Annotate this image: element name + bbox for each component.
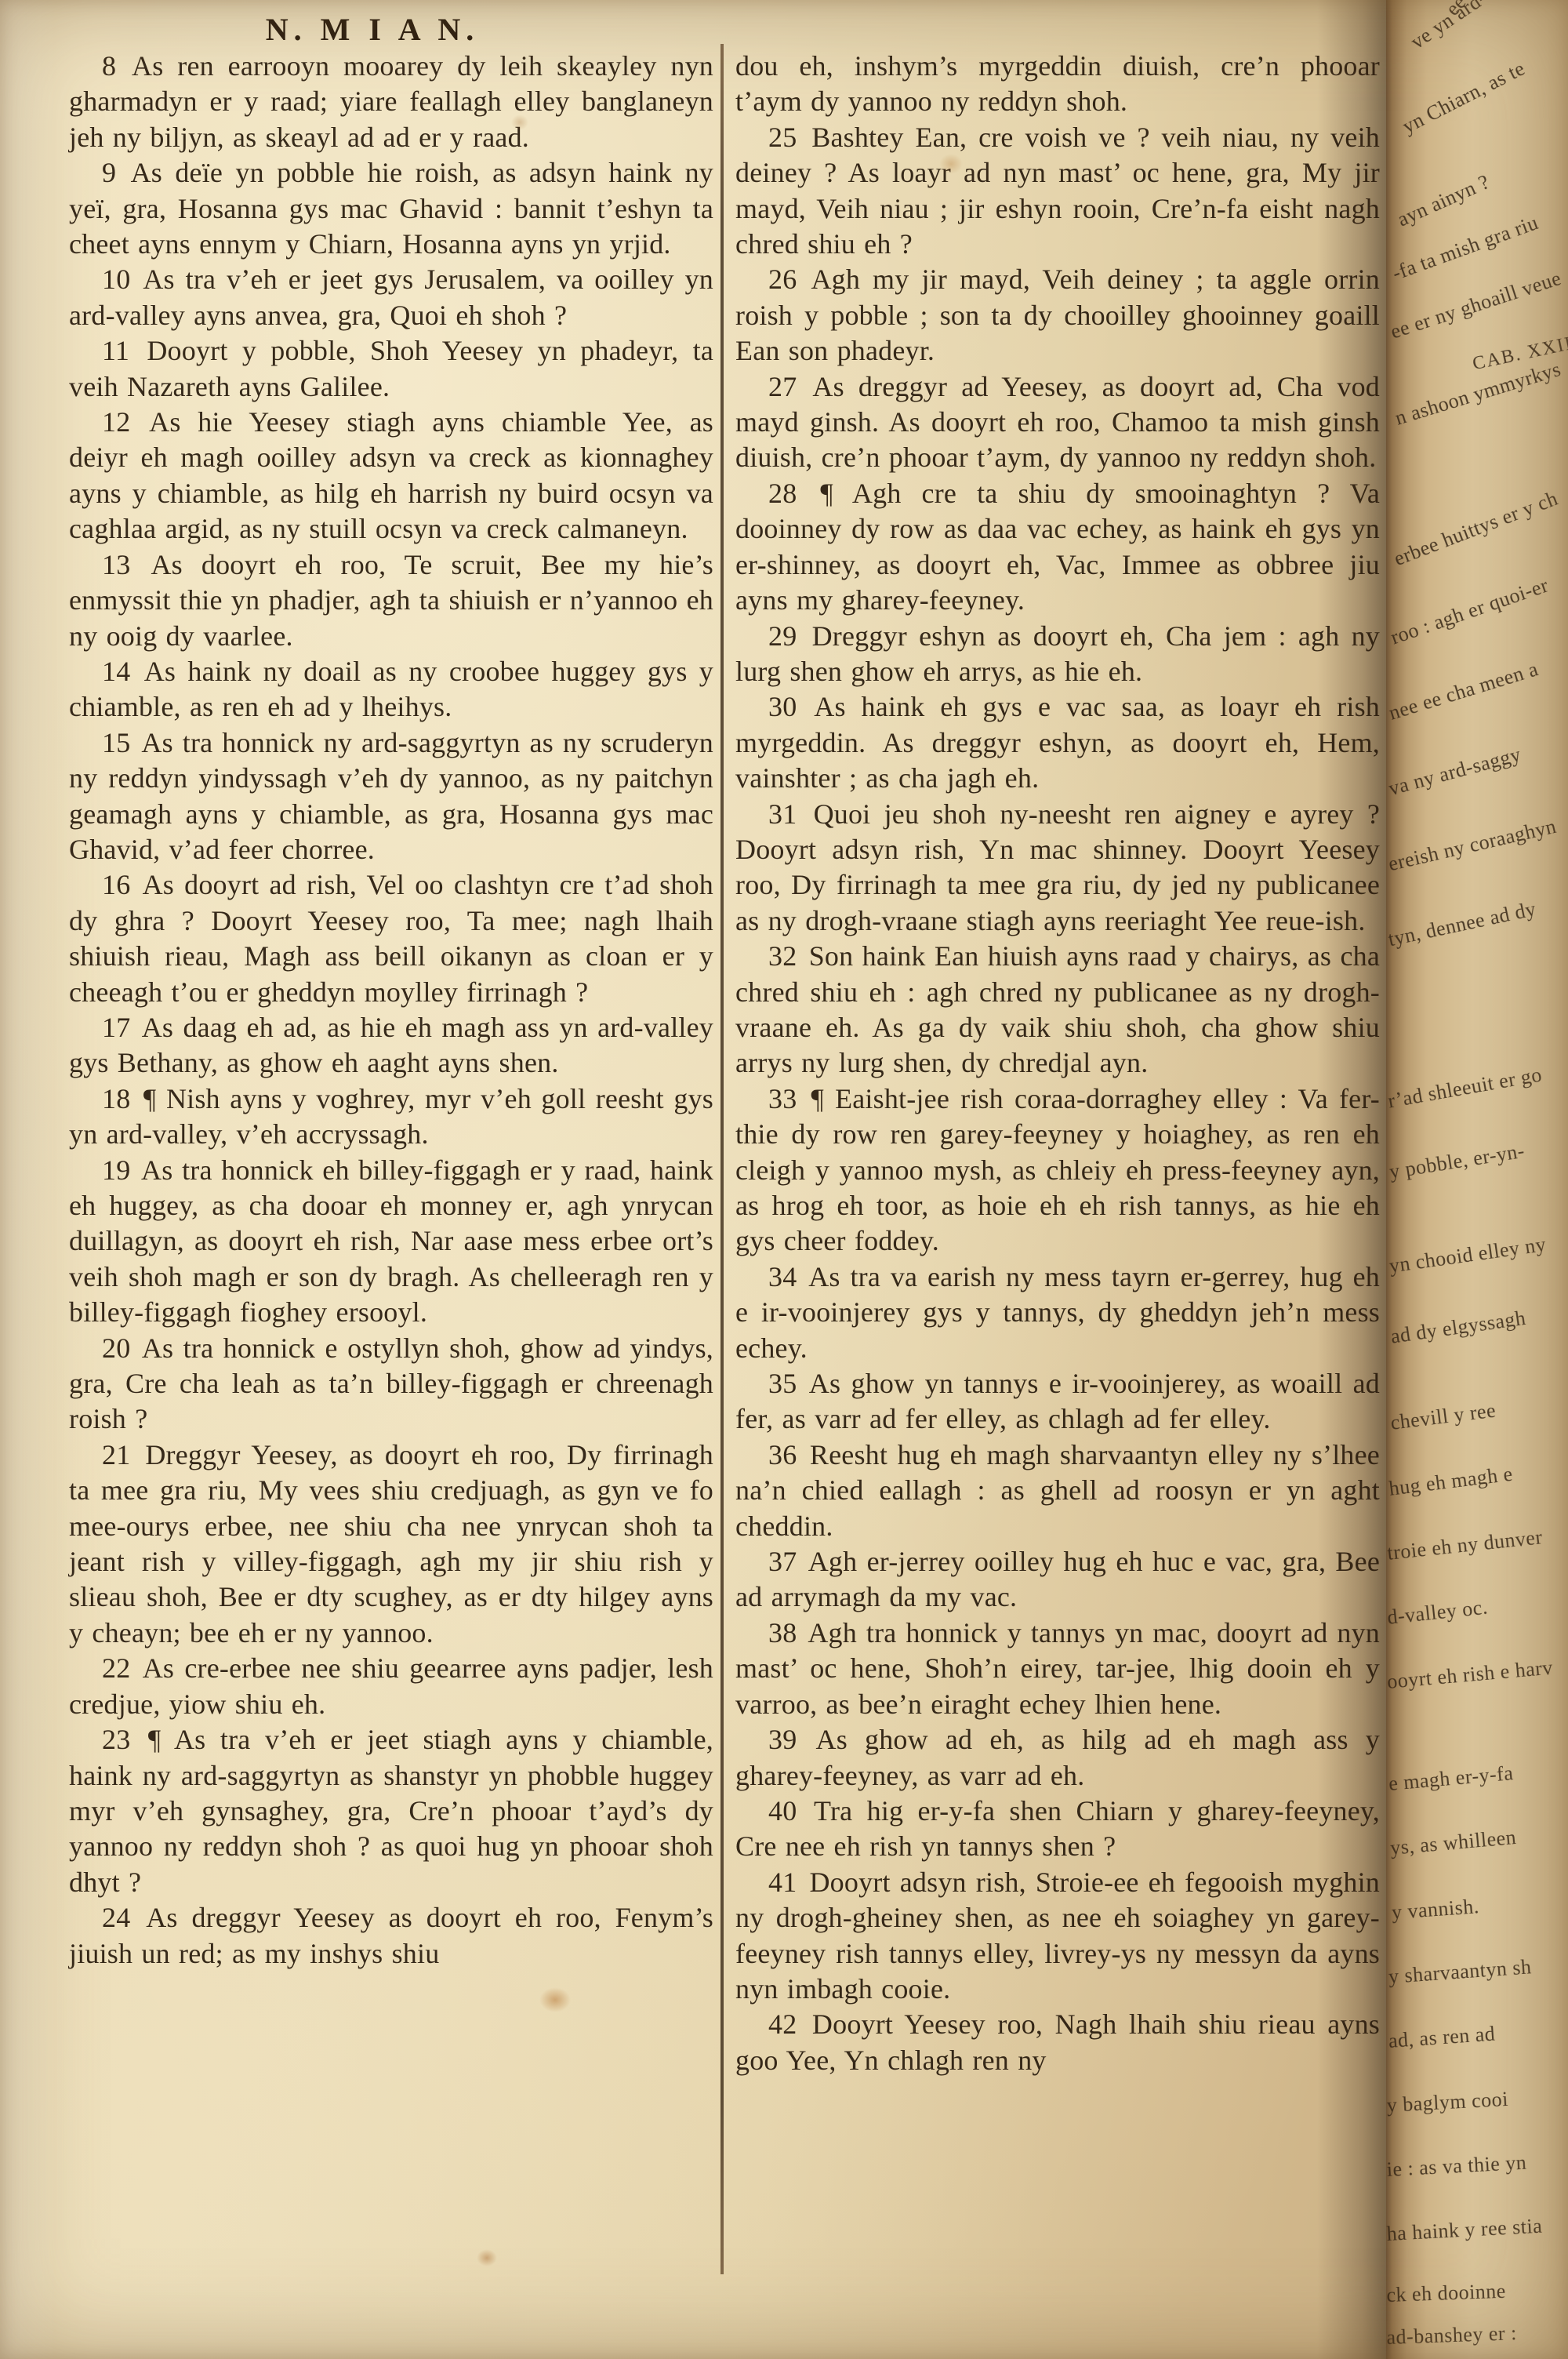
verse-23: 23 ¶ As tra v’eh er jeet stiagh ayns y c… <box>69 1722 713 1900</box>
edge-page-text-fragment: ad-banshey er : <box>1386 2321 1517 2350</box>
verse-9: 9 As deïe yn pobble hie roish, as adsyn … <box>69 155 713 262</box>
edge-page-text-fragment: ayn ainyn ? <box>1394 170 1494 231</box>
verse-28: 28 ¶ Agh cre ta shiu dy smooinaghtyn ? V… <box>735 476 1380 619</box>
verse-number: 37 <box>768 1546 800 1577</box>
verse-number: 38 <box>768 1617 800 1648</box>
verse-21: 21 Dreggyr Yeesey, as dooyrt eh roo, Dy … <box>69 1438 713 1651</box>
verse-24: 24 As dreggyr Yeesey as dooyrt eh roo, F… <box>69 1900 713 1972</box>
verse-number: 13 <box>102 549 133 580</box>
verse-number: 11 <box>102 335 132 366</box>
edge-page-text-fragment: ha haink y ree stia <box>1386 2215 1543 2246</box>
verse-25: 25 Bashtey Ean, cre voish ve ? veih niau… <box>735 120 1380 263</box>
column-divider-rule <box>720 44 724 2274</box>
edge-page-text-fragment: ys, as whilleen <box>1389 1826 1517 1860</box>
verse-continuation: dou eh, inshym’s myrgeddin diuish, cre’n… <box>735 49 1380 120</box>
verse-number: 15 <box>102 727 133 758</box>
verse-10: 10 As tra v’eh er jeet gys Jerusalem, va… <box>69 262 713 333</box>
verse-17: 17 As daag eh ad, as hie eh magh ass yn … <box>69 1010 713 1081</box>
verse-31: 31 Quoi jeu shoh ny-neesht ren aigney e … <box>735 797 1380 940</box>
verse-number: 9 <box>102 157 119 188</box>
verse-number: 40 <box>768 1795 800 1826</box>
verse-number: 12 <box>102 406 133 438</box>
page-left-edge-highlight <box>0 0 55 2359</box>
verse-number: 27 <box>768 371 800 402</box>
edge-page-text-fragment: y vannish. <box>1391 1895 1480 1925</box>
paper-stain <box>477 2249 497 2266</box>
edge-page-text-fragment: y pobble, er-yn- <box>1388 1140 1526 1184</box>
edge-page-text-fragment: tyn, dennee ad dy <box>1386 897 1538 951</box>
verse-37: 37 Agh er-jerrey ooilley hug eh huc e va… <box>735 1544 1380 1616</box>
edge-page-text-fragment: yn chooid elley ny <box>1388 1233 1548 1278</box>
edge-page-text-fragment: ve yn ard-chlagh <box>1406 0 1538 54</box>
verse-number: 35 <box>768 1368 800 1399</box>
verse-number: 34 <box>768 1261 800 1292</box>
edge-page-text-fragment: y baglym cooi <box>1386 2088 1509 2117</box>
verse-number: 16 <box>102 869 133 900</box>
edge-page-text-fragment: ck eh dooinne <box>1386 2280 1506 2307</box>
verse-13: 13 As dooyrt eh roo, Te scruit, Bee my h… <box>69 547 713 654</box>
verse-22: 22 As cre-erbee nee shiu geearree ayns p… <box>69 1651 713 1722</box>
verse-26: 26 Agh my jir mayd, Veih deiney ; ta agg… <box>735 262 1380 369</box>
verse-38: 38 Agh tra honnick y tannys yn mac, dooy… <box>735 1616 1380 1722</box>
verse-42: 42 Dooyrt Yeesey roo, Nagh lhaih shiu ri… <box>735 2007 1380 2078</box>
text-column-left: 8 As ren earrooyn mooarey dy leih skeayl… <box>69 49 713 1972</box>
verse-39: 39 As ghow ad eh, as hilg ad eh magh ass… <box>735 1722 1380 1794</box>
edge-page-text-fragment: ooyrt eh rish e harv <box>1386 1656 1554 1694</box>
verse-33: 33 ¶ Eaisht-jee rish coraa-dorraghey ell… <box>735 1081 1380 1259</box>
verse-8: 8 As ren earrooyn mooarey dy leih skeayl… <box>69 49 713 155</box>
verse-number: 18 <box>102 1083 133 1114</box>
edge-page-text-fragment: r’ad shleeuit er go <box>1386 1063 1544 1113</box>
verse-41: 41 Dooyrt adsyn rish, Stroie-ee eh fegoo… <box>735 1865 1380 2008</box>
verse-12: 12 As hie Yeesey stiagh ayns chiamble Ye… <box>69 405 713 547</box>
scanned-bible-page: N. M I A N. 8 As ren earrooyn mooarey dy… <box>0 0 1568 2359</box>
verse-number: 28 <box>768 478 800 509</box>
verse-18: 18 ¶ Nish ayns y voghrey, myr v’eh goll … <box>69 1081 713 1153</box>
edge-page-text-fragment: e magh er-y-fa <box>1388 1761 1515 1796</box>
verse-number: 20 <box>102 1332 133 1364</box>
edge-page-text-fragment: nee ee cha meen a <box>1386 657 1541 725</box>
verse-number: 23 <box>102 1724 133 1755</box>
verse-16: 16 As dooyrt ad rish, Vel oo clashtyn cr… <box>69 867 713 1010</box>
edge-page-text-fragment: yn Chiarn, as te <box>1399 56 1529 138</box>
verse-40: 40 Tra hig er-y-fa shen Chiarn y gharey-… <box>735 1794 1380 1865</box>
verse-number: 26 <box>768 264 800 295</box>
verse-27: 27 As dreggyr ad Yeesey, as dooyrt ad, C… <box>735 369 1380 476</box>
verse-number: 30 <box>768 691 800 722</box>
verse-number: 32 <box>768 940 800 972</box>
verse-number: 21 <box>102 1439 133 1470</box>
verse-number: 42 <box>768 2008 800 2040</box>
edge-page-text-fragment: hug eh magh e <box>1388 1463 1514 1501</box>
verse-number: 41 <box>768 1866 800 1898</box>
verse-number: 17 <box>102 1012 133 1043</box>
verse-number: 29 <box>768 620 800 652</box>
verse-number: 25 <box>768 122 800 153</box>
edge-page-text-fragment: roo : agh er quoi-er <box>1388 573 1552 649</box>
verse-number: 39 <box>768 1724 800 1755</box>
edge-page-text-fragment: troie eh ny dunver <box>1386 1525 1544 1565</box>
edge-page-text-fragment: ereish ny coraaghyn <box>1386 815 1559 876</box>
verse-19: 19 As tra honnick eh billey-figgagh er y… <box>69 1153 713 1331</box>
verse-number: 33 <box>768 1083 800 1114</box>
text-column-right: dou eh, inshym’s myrgeddin diuish, cre’n… <box>735 49 1380 2078</box>
edge-page-text-fragment: y sharvaantyn sh <box>1388 1955 1532 1989</box>
paper-stain <box>539 1987 571 2012</box>
verse-number: 14 <box>102 656 133 687</box>
verse-number: 24 <box>102 1902 133 1933</box>
verse-number: 8 <box>102 50 119 82</box>
verse-number: 22 <box>102 1652 133 1684</box>
edge-page-text-fragment: erbee huittys er y ch <box>1391 487 1561 571</box>
verse-35: 35 As ghow yn tannys e ir-vooinjerey, as… <box>735 1366 1380 1438</box>
edge-page-text-fragment: ad, as ren ad <box>1388 2022 1496 2052</box>
verse-number: 10 <box>102 264 133 295</box>
edge-page-text-fragment: d-valley oc. <box>1386 1596 1489 1630</box>
facing-page-curled-edge: ee-lowal,ve yn ard-chlaghyn Chiarn, as t… <box>1386 0 1568 2359</box>
verse-number: 36 <box>768 1439 800 1470</box>
running-head: N. M I A N. <box>259 11 486 48</box>
verse-34: 34 As tra va earish ny mess tayrn er-ger… <box>735 1259 1380 1366</box>
edge-page-text-fragment: ad dy elgyssagh <box>1389 1307 1527 1349</box>
verse-20: 20 As tra honnick e ostyllyn shoh, ghow … <box>69 1331 713 1438</box>
edge-page-text-fragment: ie : as va thie yn <box>1386 2151 1527 2182</box>
verse-15: 15 As tra honnick ny ard-saggyrtyn as ny… <box>69 725 713 868</box>
verse-30: 30 As haink eh gys e vac saa, as loayr e… <box>735 689 1380 796</box>
verse-number: 19 <box>102 1154 133 1186</box>
edge-page-text-fragment: va ny ard-saggy <box>1386 743 1523 801</box>
verse-14: 14 As haink ny doail as ny croobee hugge… <box>69 654 713 725</box>
verse-11: 11 Dooyrt y pobble, Shoh Yeesey yn phade… <box>69 333 713 405</box>
verse-number: 31 <box>768 798 800 830</box>
verse-36: 36 Reesht hug eh magh sharvaantyn elley … <box>735 1438 1380 1544</box>
verse-32: 32 Son haink Ean hiuish ayns raad y chai… <box>735 939 1380 1081</box>
verse-29: 29 Dreggyr eshyn as dooyrt eh, Cha jem :… <box>735 619 1380 690</box>
edge-page-text-fragment: chevill y ree <box>1389 1399 1497 1435</box>
